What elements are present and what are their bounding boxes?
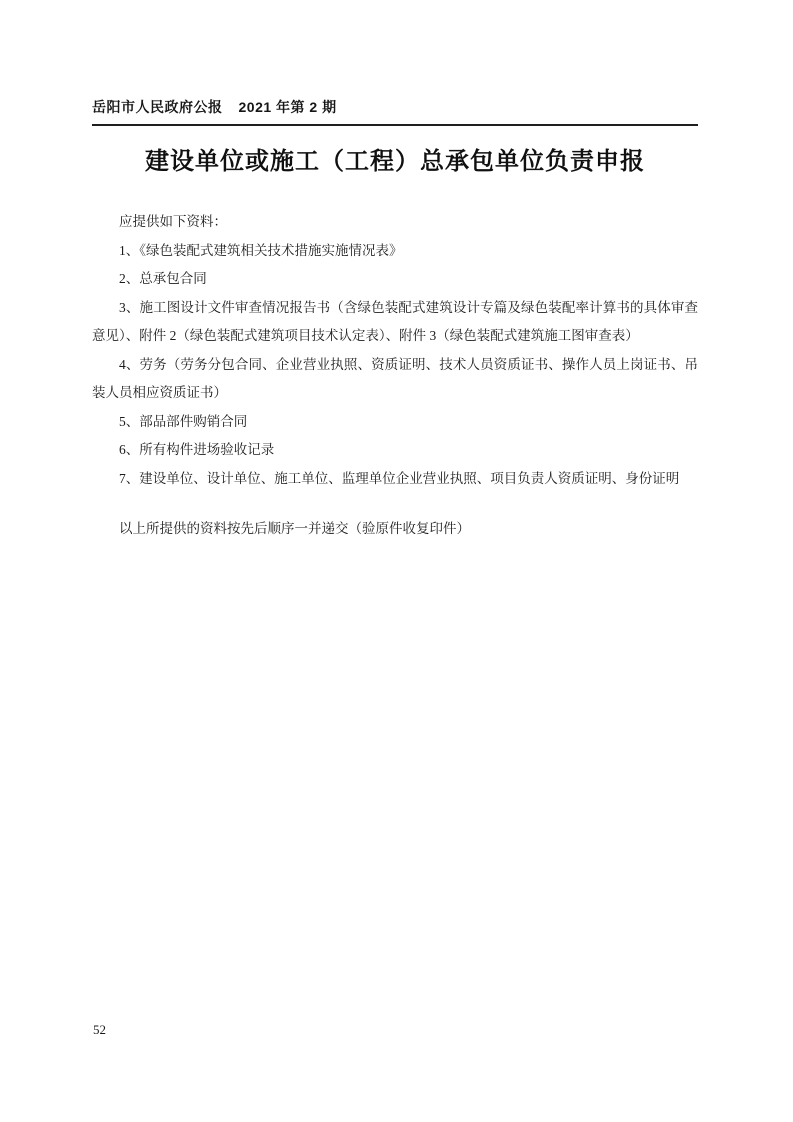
document-title: 建设单位或施工（工程）总承包单位负责申报 <box>92 148 698 177</box>
list-item-5: 5、部品部件购销合同 <box>92 408 698 437</box>
page-header: 岳阳市人民政府公报 2021 年第 2 期 <box>92 97 698 126</box>
list-item-6: 6、所有构件进场验收记录 <box>92 436 698 465</box>
intro-paragraph: 应提供如下资料： <box>92 208 698 237</box>
page-number: 52 <box>93 1022 106 1038</box>
list-item-7: 7、建设单位、设计单位、施工单位、监理单位企业营业执照、项目负责人资质证明、身份… <box>92 465 698 494</box>
list-item-2: 2、总承包合同 <box>92 265 698 294</box>
list-item-1: 1、《绿色装配式建筑相关技术措施实施情况表》 <box>92 237 698 266</box>
gazette-name: 岳阳市人民政府公报 <box>92 97 223 117</box>
document-body: 应提供如下资料： 1、《绿色装配式建筑相关技术措施实施情况表》 2、总承包合同 … <box>92 208 698 544</box>
document-page: 岳阳市人民政府公报 2021 年第 2 期 建设单位或施工（工程）总承包单位负责… <box>0 0 793 1122</box>
gazette-issue: 2021 年第 2 期 <box>239 97 337 117</box>
list-item-4: 4、劳务（劳务分包合同、企业营业执照、资质证明、技术人员资质证书、操作人员上岗证… <box>92 351 698 408</box>
page-content: 岳阳市人民政府公报 2021 年第 2 期 建设单位或施工（工程）总承包单位负责… <box>92 97 698 544</box>
list-item-3: 3、施工图设计文件审查情况报告书（含绿色装配式建筑设计专篇及绿色装配率计算书的具… <box>92 294 698 351</box>
closing-paragraph: 以上所提供的资料按先后顺序一并递交（验原件收复印件） <box>92 515 698 544</box>
